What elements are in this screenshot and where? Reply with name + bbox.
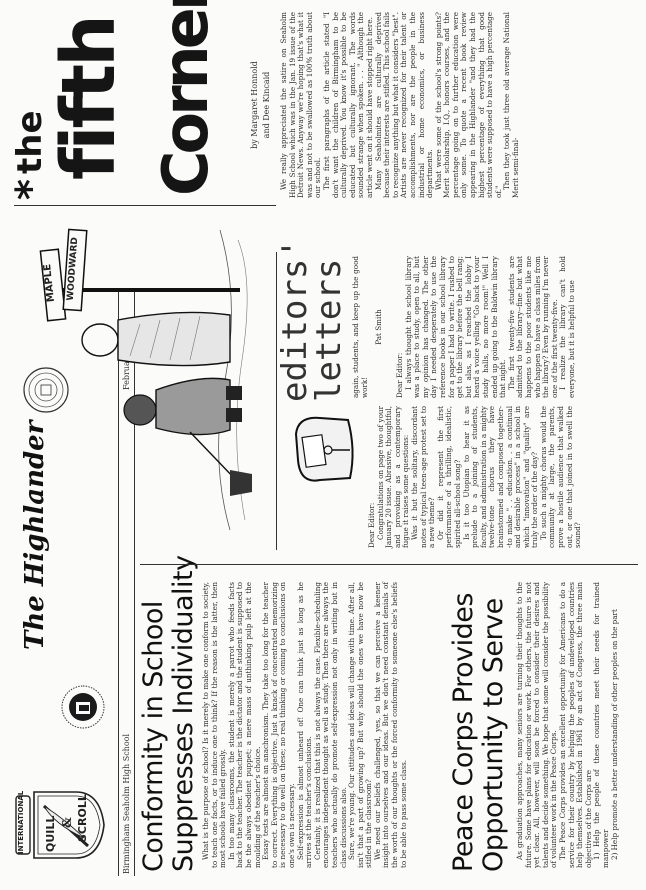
letters-top-rule	[276, 252, 277, 550]
letter-paragraph: Or did it represent the first performanc…	[437, 406, 463, 548]
peace-corps-headline-line-2: Opportunity to Serve	[478, 598, 509, 872]
letter-paragraph: I realize the library can't hold everyon…	[559, 256, 576, 398]
fifth-corner-paragraph: Many Seaholmites are culturally deprived…	[375, 12, 435, 198]
fifth-corner-paragraph: Then they took just three old average Na…	[503, 12, 520, 198]
letters-title-line-2: letters	[312, 259, 346, 402]
fifth-corner-paragraph: The first paragraphs of the article stat…	[323, 12, 375, 198]
fifth-corner-paragraph: We really appreciated the satire on Seah…	[280, 12, 323, 198]
letter-signature: Pat Smith	[375, 256, 384, 398]
editorial-paragraph: We need our beliefs challenged, yes, so …	[374, 582, 408, 868]
mailbag-icon	[290, 410, 360, 490]
column-divider	[140, 564, 638, 565]
editorial-paragraph: Certainly, it is realized that this is n…	[314, 582, 348, 868]
editorial-paragraph: Sure, we're young. Our attitudes and ide…	[348, 582, 374, 868]
letter-1: Dear Editor: Congratulations on page two…	[368, 406, 583, 548]
fifth-corner-body: We really appreciated the satire on Seah…	[280, 12, 521, 198]
school-name: Birmingham Seaholm High School	[122, 734, 131, 874]
fifth-corner-title-star: *	[14, 179, 48, 200]
newspaper-page: INTERNATIONAL QUILL & SCROLL The Highlan…	[0, 0, 646, 890]
letter-1-closing: again, students, and keep up the good wo…	[352, 256, 384, 398]
letter-paragraph: The first twenty-five students are admit…	[508, 256, 560, 398]
quill-logo-bottom-text: SCROLL	[76, 794, 89, 842]
editorial-paragraph: What is the purpose of school? Is it mer…	[202, 582, 228, 868]
nspa-logo	[60, 684, 106, 730]
letter-paragraph: Congratulations on page two of your Janu…	[377, 406, 411, 548]
quill-logo-mid-text: QUILL	[44, 816, 57, 852]
fifth-corner-title-the: the	[16, 110, 45, 174]
fifth-corner-divider	[14, 205, 276, 206]
peace-corps-paragraph: 1) Help the people of these countries me…	[593, 582, 610, 868]
letter-paragraph: Was it but the solitary, discordant note…	[411, 406, 437, 548]
editorial-paragraph: Self-expression is almost unheard of! On…	[297, 582, 314, 868]
peace-corps-body: As graduation approaches, many seniors a…	[516, 582, 619, 868]
letter-2: Dear Editor: I always thought the school…	[396, 256, 576, 398]
editorial-paragraph: In too many classrooms, the student is m…	[228, 582, 262, 868]
quill-logo-top-text: INTERNATIONAL	[17, 796, 25, 854]
letter-paragraph: Is it too Utopian to hear it as prelude …	[463, 406, 540, 548]
fifth-corner-title-fifth: fifth	[58, 17, 121, 180]
fifth-corner-byline-1: by Margaret Honnold	[250, 10, 259, 200]
peace-corps-headline-line-1: Peace Corps Provides	[448, 593, 479, 872]
quill-and-scroll-logo: INTERNATIONAL QUILL & SCROLL	[14, 782, 106, 868]
letters-title-line-1: editors'	[278, 238, 312, 402]
editorial-headline-line-1: Conformity in School	[138, 601, 169, 872]
letter-closing: again, students, and keep up the good wo…	[352, 256, 369, 398]
letter-paragraph: To such a mighty chorus would the commun…	[540, 406, 583, 548]
peace-corps-paragraph: The Peace Corps provides an excellent op…	[559, 582, 593, 868]
fifth-corner-title-corner: Corner	[160, 0, 213, 196]
editorial-paragraph: Essay tests are almost an anachronism. T…	[262, 582, 296, 868]
winter-street-cartoon: MAPLE WOODWARD	[30, 220, 270, 540]
editorial-headline-line-2: Suppresses Individuality	[168, 555, 199, 872]
fifth-corner-title: * the fifth Corner	[10, 10, 250, 200]
editorial-body: What is the purpose of school? Is it mer…	[202, 582, 408, 868]
quill-logo-and-text: &	[60, 817, 74, 828]
peace-corps-paragraph: 2) Help promote a better understanding o…	[611, 582, 620, 868]
fifth-corner-paragraph: What were some of the school's strong po…	[435, 12, 504, 198]
peace-corps-paragraph: As graduation approaches, many seniors a…	[516, 582, 559, 868]
letter-paragraph: I always thought the school library was …	[405, 256, 508, 398]
fifth-corner-byline-2: and Dee Kincaid	[262, 10, 271, 200]
